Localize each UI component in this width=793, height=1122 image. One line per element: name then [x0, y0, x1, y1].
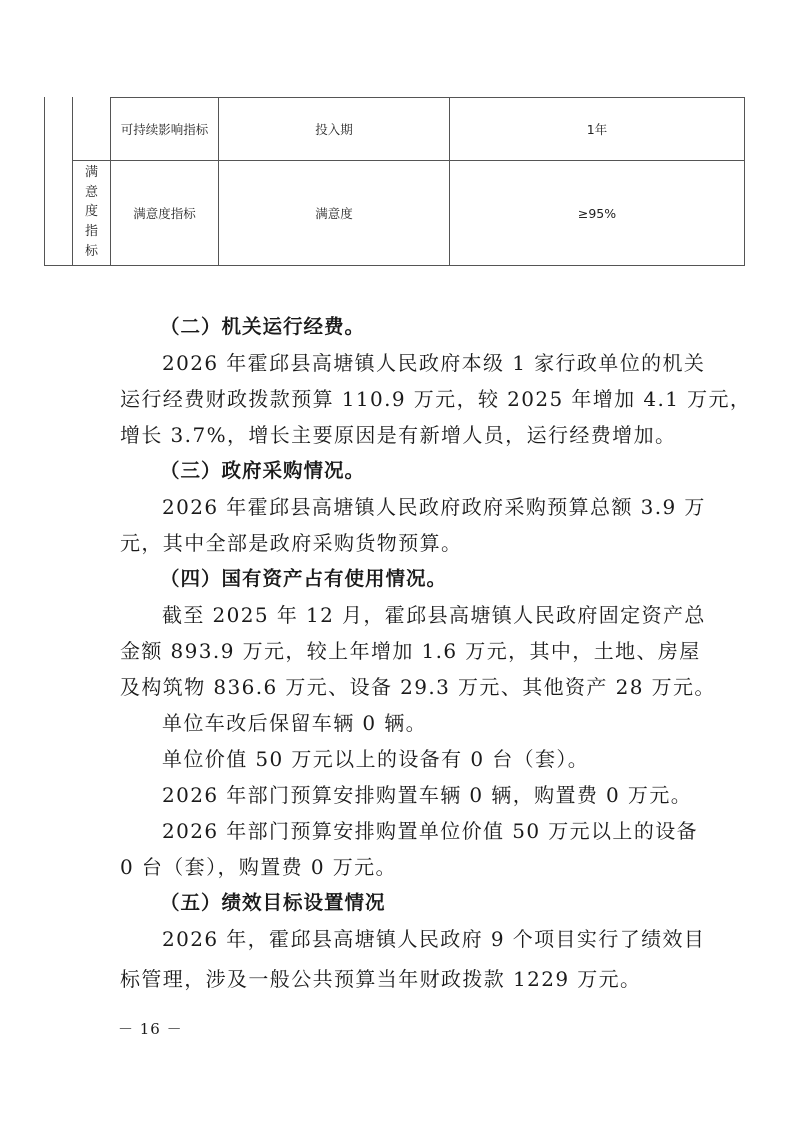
table-border-right — [744, 97, 745, 266]
paragraph-line: 增长 3.7%，增长主要原因是有新增人员，运行经费增加。 — [120, 417, 675, 453]
paragraph-line: 0 台（套），购置费 0 万元。 — [120, 849, 675, 885]
paragraph-line: 2026 年，霍邱县高塘镇人民政府 9 个项目实行了绩效目 — [162, 921, 675, 957]
paragraph-line: 2026 年部门预算安排购置单位价值 50 万元以上的设备 — [162, 813, 675, 849]
paragraph-line: 单位车改后保留车辆 0 辆。 — [162, 705, 675, 741]
vertical-char: 标 — [85, 242, 98, 262]
section-heading-state-assets: （四）国有资产占有使用情况。 — [160, 561, 715, 597]
section-heading-procurement: （三）政府采购情况。 — [160, 453, 715, 489]
page-number: － 16 － — [118, 1018, 183, 1039]
table-cell-indicator: 满意度 — [219, 161, 449, 265]
paragraph-line: 2026 年部门预算安排购置车辆 0 辆，购置费 0 万元。 — [162, 777, 675, 813]
vertical-char: 度 — [85, 202, 98, 222]
section-heading-performance-targets: （五）绩效目标设置情况 — [160, 885, 715, 921]
paragraph-line: 运行经费财政拨款预算 110.9 万元，较 2025 年增加 4.1 万元， — [120, 381, 675, 417]
table-cell-value: 1年 — [450, 98, 744, 160]
document-page: 可持续影响指标 投入期 1年 满 意 度 指 标 满意度指标 满意度 ≥95% … — [0, 0, 793, 1122]
paragraph-line: 2026 年霍邱县高塘镇人民政府本级 1 家行政单位的机关 — [162, 345, 675, 381]
table-border-left-outer — [44, 97, 45, 266]
paragraph-line: 单位价值 50 万元以上的设备有 0 台（套）。 — [162, 741, 675, 777]
paragraph-line: 2026 年霍邱县高塘镇人民政府政府采购预算总额 3.9 万 — [162, 489, 675, 525]
table-cell-level2: 可持续影响指标 — [111, 98, 218, 160]
table-border-bottom — [44, 265, 745, 266]
table-cell-level2: 满意度指标 — [111, 161, 218, 265]
table-cell-indicator: 投入期 — [219, 98, 449, 160]
paragraph-line: 元，其中全部是政府采购货物预算。 — [120, 525, 675, 561]
vertical-char: 指 — [85, 222, 98, 242]
vertical-char: 意 — [85, 183, 98, 203]
paragraph-line: 及构筑物 836.6 万元、设备 29.3 万元、其他资产 28 万元。 — [120, 669, 675, 705]
vertical-char: 满 — [85, 163, 98, 183]
table-cell-value: ≥95% — [450, 161, 744, 265]
section-heading-operating-costs: （二）机关运行经费。 — [160, 309, 715, 345]
paragraph-line: 金额 893.9 万元，较上年增加 1.6 万元，其中，土地、房屋 — [120, 633, 675, 669]
paragraph-line: 截至 2025 年 12 月，霍邱县高塘镇人民政府固定资产总 — [162, 597, 675, 633]
table-cell-level1-vertical: 满 意 度 指 标 — [73, 163, 110, 262]
paragraph-line: 标管理，涉及一般公共预算当年财政拨款 1229 万元。 — [120, 961, 675, 997]
